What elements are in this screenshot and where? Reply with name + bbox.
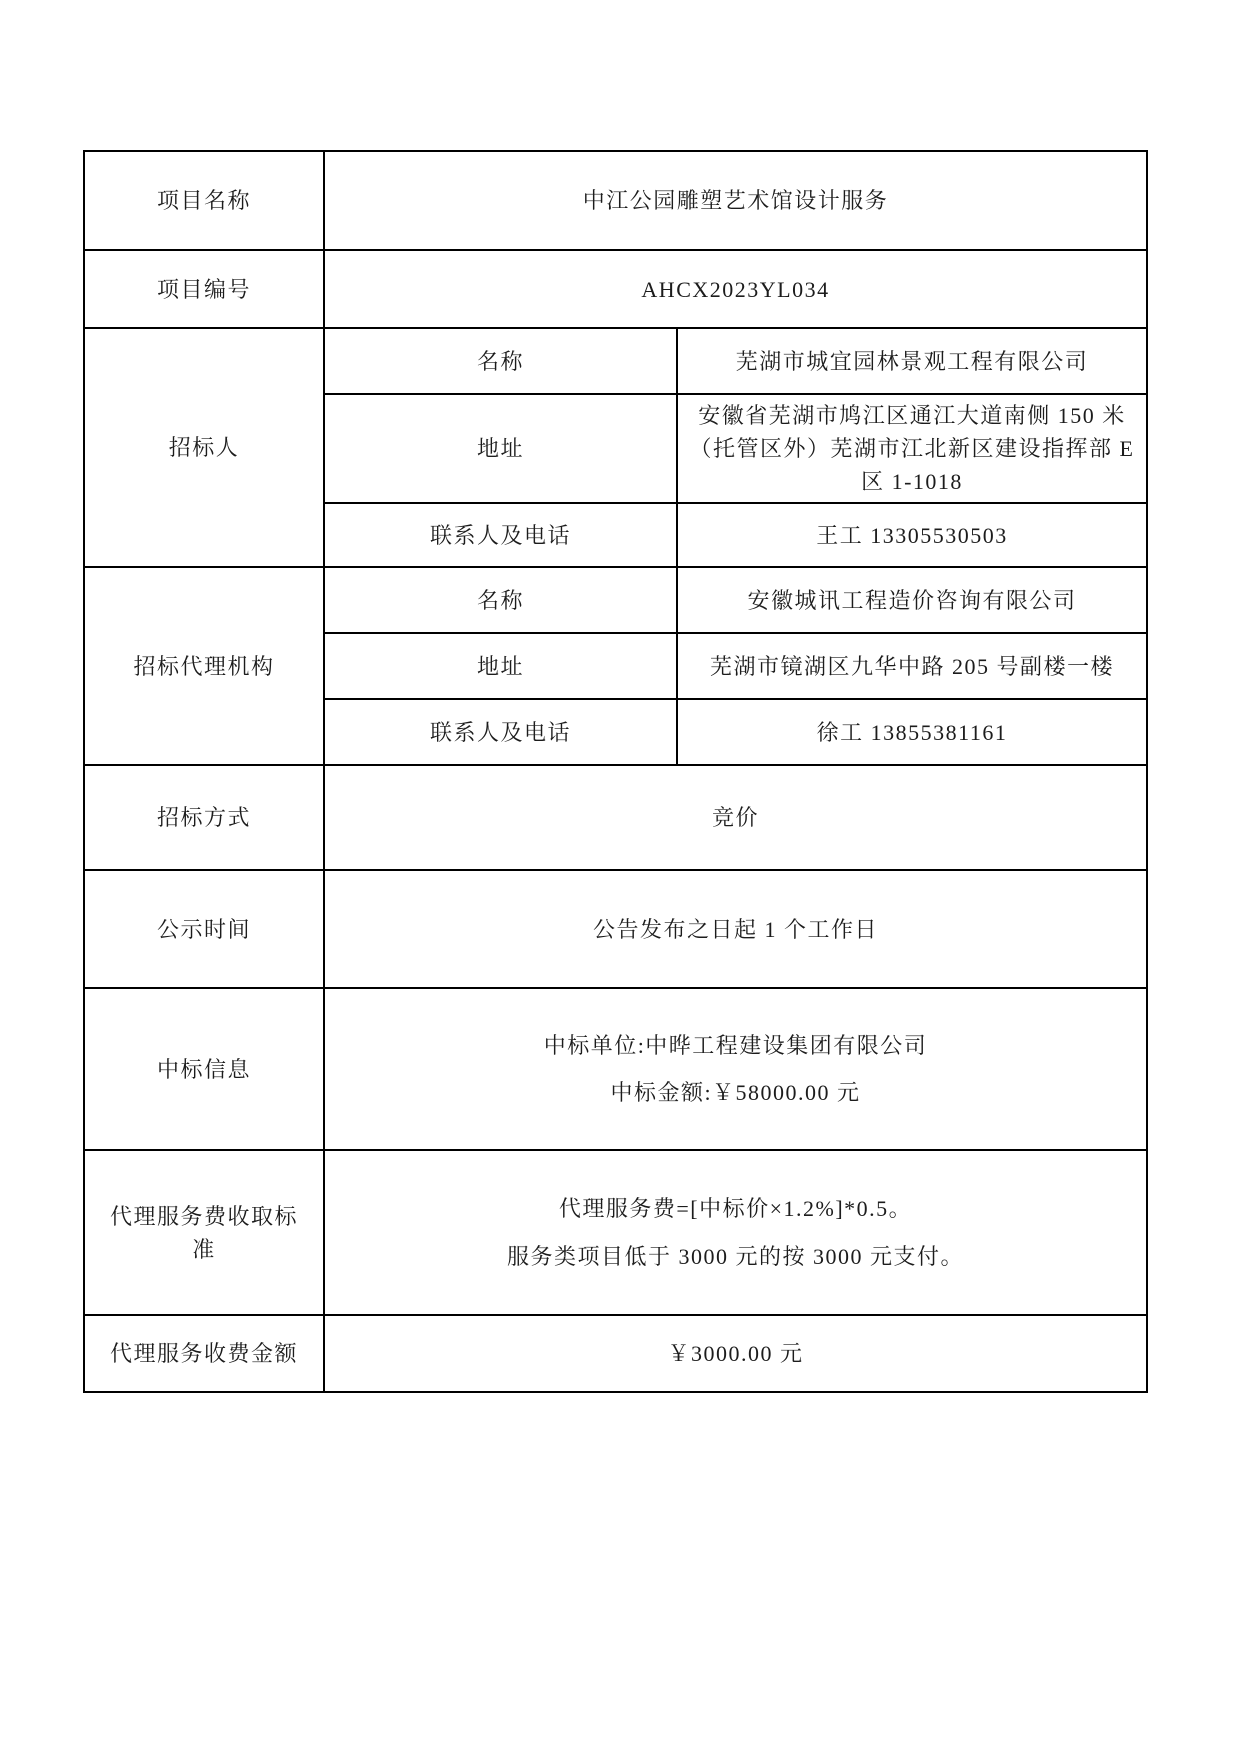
project-name-value: 中江公园雕塑艺术馆设计服务 [324,151,1147,250]
project-name-label: 项目名称 [84,151,324,250]
tenderer-label: 招标人 [84,328,324,567]
award-info-value: 中标单位:中晔工程建设集团有限公司 中标金额:￥58000.00 元 [324,988,1147,1150]
award-winner-line: 中标单位:中晔工程建设集团有限公司 [333,1022,1138,1069]
award-info-label: 中标信息 [84,988,324,1150]
bidding-method-label: 招标方式 [84,765,324,870]
agency-address-value: 芜湖市镜湖区九华中路 205 号副楼一楼 [677,633,1147,699]
publicity-time-value: 公告发布之日起 1 个工作日 [324,870,1147,988]
project-number-value: AHCX2023YL034 [324,250,1147,328]
row-tenderer-name: 招标人 名称 芜湖市城宜园林景观工程有限公司 [84,328,1147,394]
tenderer-contact-value: 王工 13305530503 [677,503,1147,567]
agency-fee-amount-label: 代理服务收费金额 [84,1315,324,1392]
agency-contact-label: 联系人及电话 [324,699,677,765]
row-bidding-method: 招标方式 竞价 [84,765,1147,870]
row-award-info: 中标信息 中标单位:中晔工程建设集团有限公司 中标金额:￥58000.00 元 [84,988,1147,1150]
agency-address-label: 地址 [324,633,677,699]
agency-contact-value: 徐工 13855381161 [677,699,1147,765]
row-publicity-time: 公示时间 公告发布之日起 1 个工作日 [84,870,1147,988]
tenderer-address-value: 安徽省芜湖市鸠江区通江大道南侧 150 米（托管区外）芜湖市江北新区建设指挥部 … [677,394,1147,503]
tenderer-name-label: 名称 [324,328,677,394]
publicity-time-label: 公示时间 [84,870,324,988]
agency-name-value: 安徽城讯工程造价咨询有限公司 [677,567,1147,633]
row-agency-fee-standard: 代理服务费收取标准 代理服务费=[中标价×1.2%]*0.5。 服务类项目低于 … [84,1150,1147,1315]
agency-fee-minimum-line: 服务类项目低于 3000 元的按 3000 元支付。 [333,1233,1138,1280]
project-number-label: 项目编号 [84,250,324,328]
row-agency-name: 招标代理机构 名称 安徽城讯工程造价咨询有限公司 [84,567,1147,633]
agency-fee-formula-line: 代理服务费=[中标价×1.2%]*0.5。 [333,1185,1138,1232]
tenderer-contact-label: 联系人及电话 [324,503,677,567]
agency-fee-amount-value: ￥3000.00 元 [324,1315,1147,1392]
agency-label: 招标代理机构 [84,567,324,765]
tenderer-name-value: 芜湖市城宜园林景观工程有限公司 [677,328,1147,394]
row-project-number: 项目编号 AHCX2023YL034 [84,250,1147,328]
row-project-name: 项目名称 中江公园雕塑艺术馆设计服务 [84,151,1147,250]
tender-result-table: 项目名称 中江公园雕塑艺术馆设计服务 项目编号 AHCX2023YL034 招标… [83,150,1148,1393]
award-amount-line: 中标金额:￥58000.00 元 [333,1069,1138,1116]
agency-fee-standard-label: 代理服务费收取标准 [84,1150,324,1315]
bidding-method-value: 竞价 [324,765,1147,870]
row-agency-fee-amount: 代理服务收费金额 ￥3000.00 元 [84,1315,1147,1392]
tenderer-address-label: 地址 [324,394,677,503]
agency-name-label: 名称 [324,567,677,633]
document-page: { "table": { "project_name": { "label": … [0,0,1239,1754]
agency-fee-standard-value: 代理服务费=[中标价×1.2%]*0.5。 服务类项目低于 3000 元的按 3… [324,1150,1147,1315]
